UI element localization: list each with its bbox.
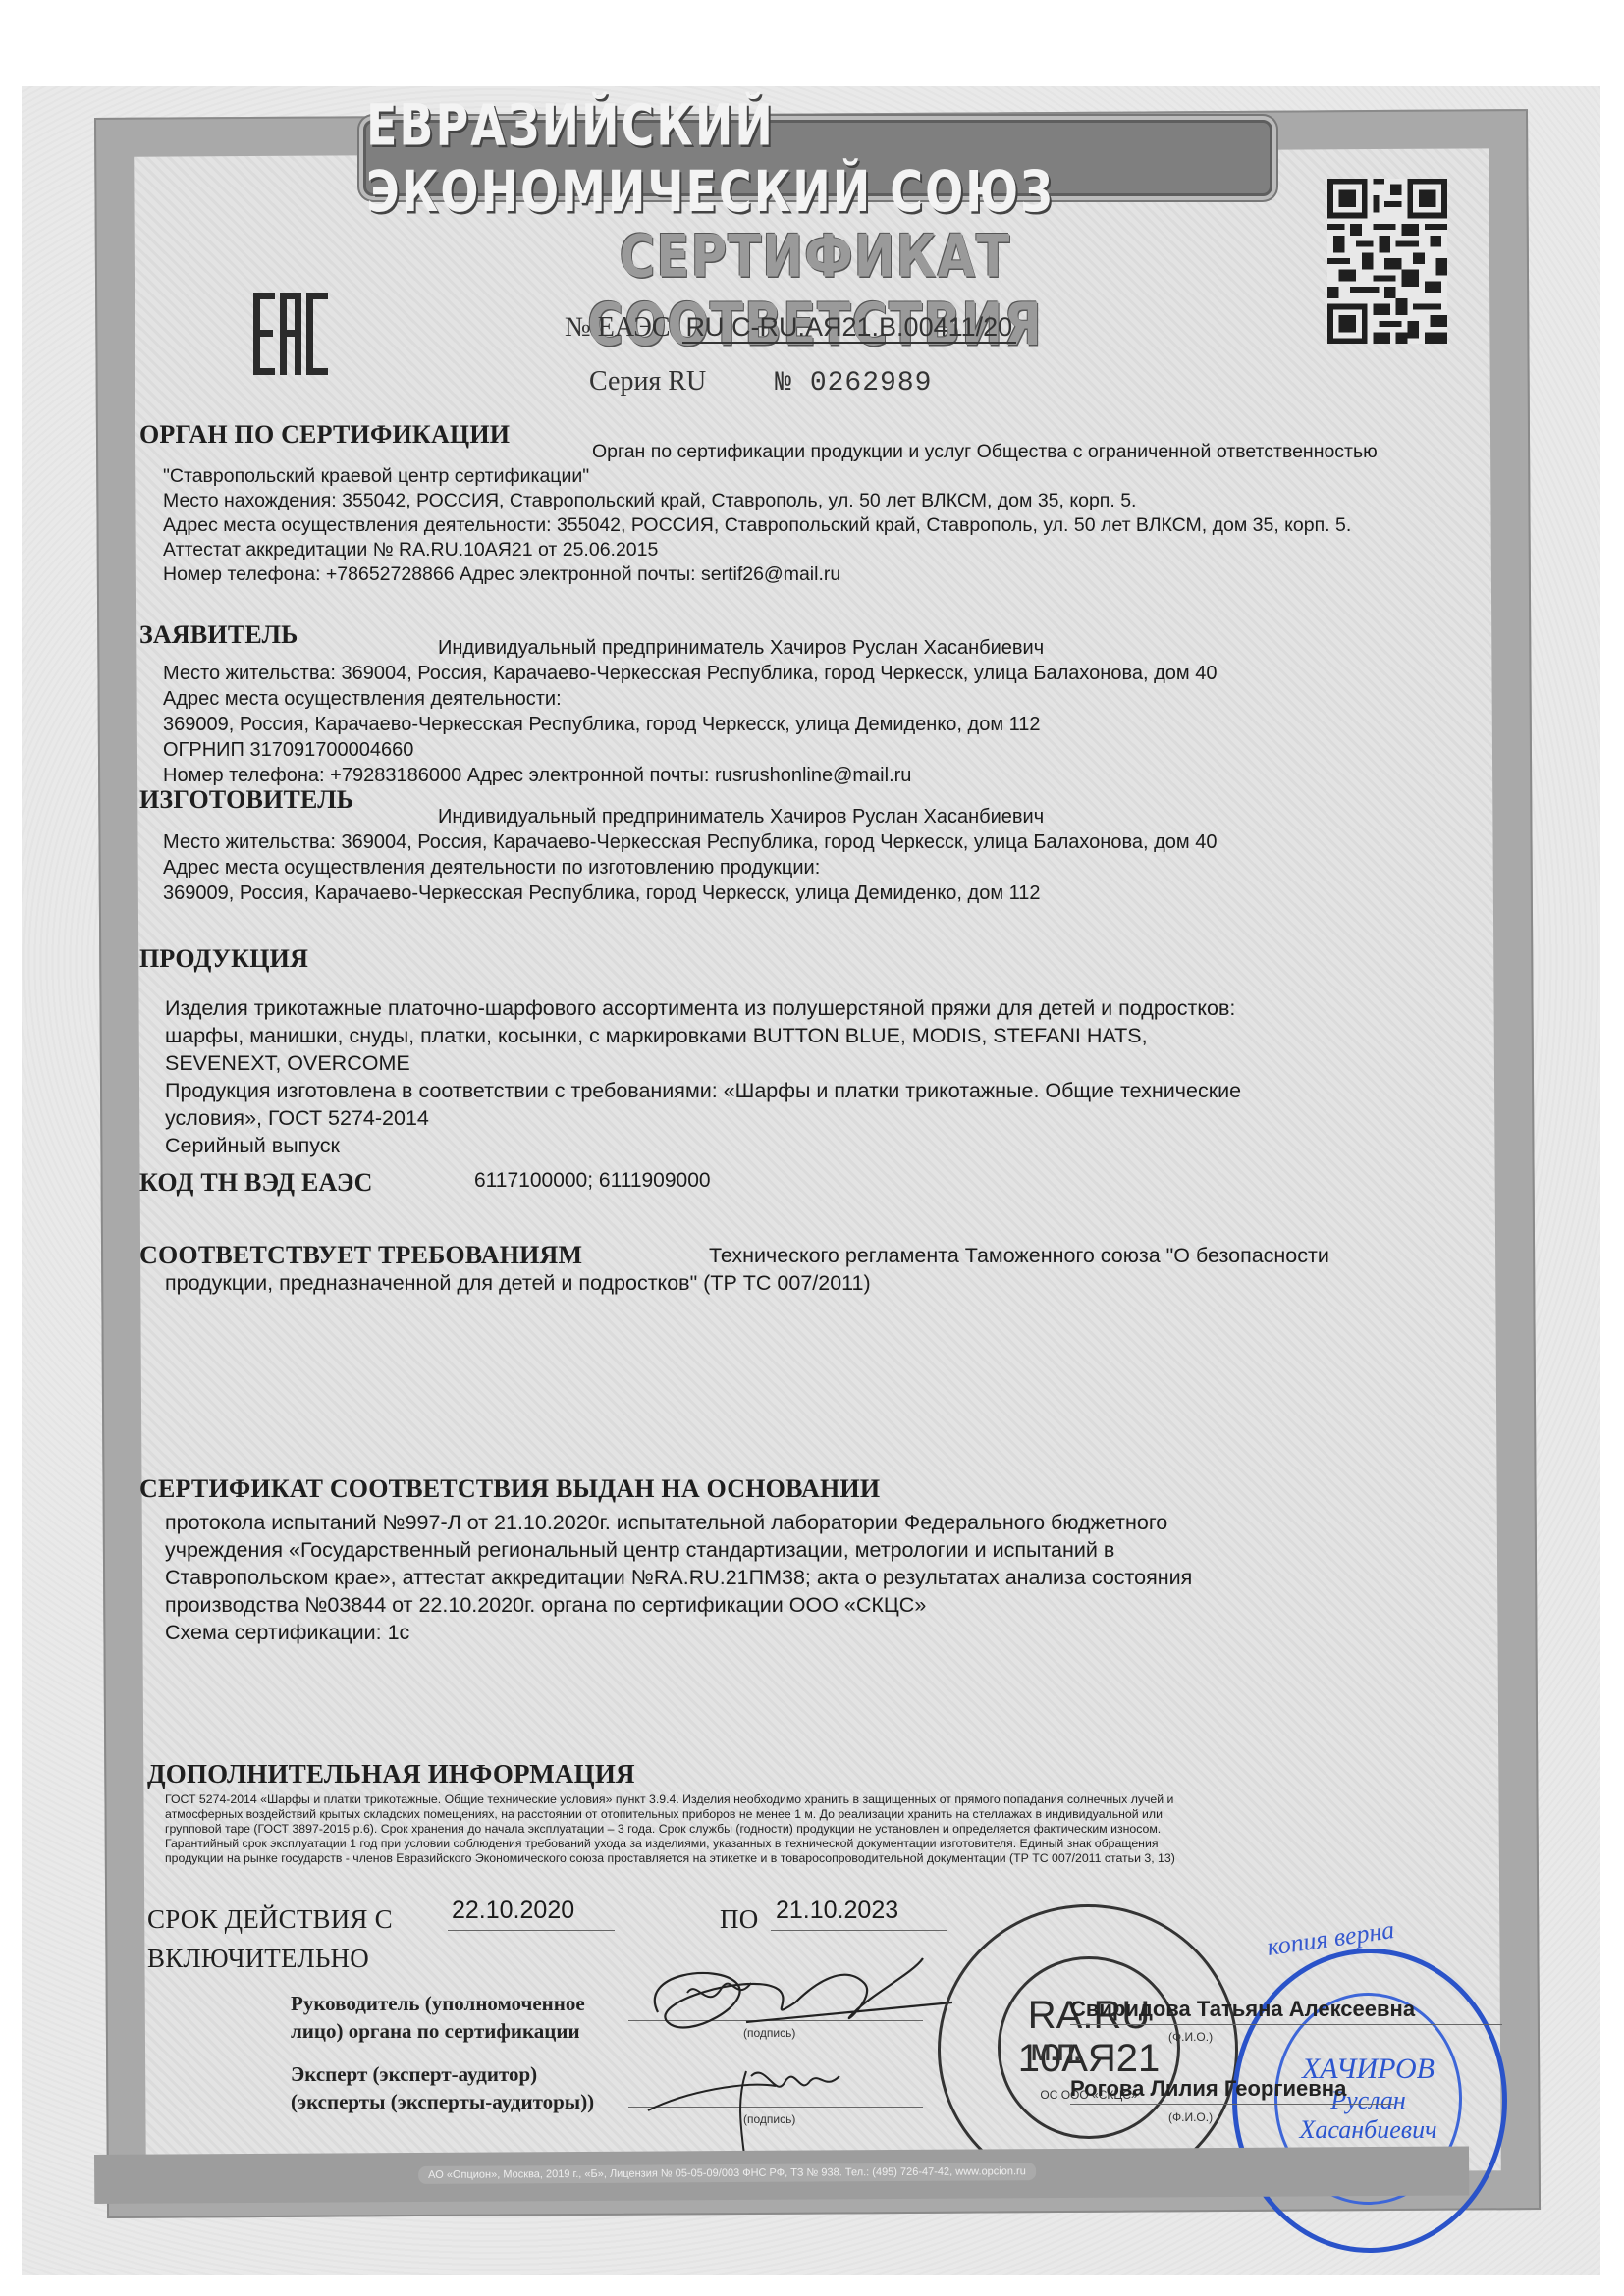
eac-mark-icon: [253, 293, 328, 375]
certification-body-line: Место нахождения: 355042, РОССИЯ, Ставро…: [163, 489, 1136, 513]
stamp-center: RA.RU 10АЯ21 ОС ООО «СКЦС»: [998, 1956, 1180, 2139]
product-line: SEVENEXT, OVERCOME: [165, 1050, 410, 1078]
head-label: Руководитель (уполномоченное: [291, 1991, 585, 2017]
manufacturer-line: Адрес места осуществления деятельности п…: [163, 856, 820, 881]
section-heading-conformity: СООТВЕТСТВУЕТ ТРЕБОВАНИЯМ: [139, 1241, 582, 1270]
manufacturer-line: Место жительства: 369004, Россия, Карача…: [163, 830, 1217, 855]
qr-code-icon: [1327, 177, 1447, 346]
validity-date-from: 22.10.2020: [452, 1898, 574, 1923]
product-line: шарфы, манишки, снуды, платки, косынки, …: [165, 1023, 1148, 1050]
certification-body-line: Адрес места осуществления деятельности: …: [163, 513, 1351, 538]
stamp-text: Хасанбиевич: [1300, 2115, 1437, 2145]
certificate-number-value: RU C-RU.АЯ21.В.00411/20: [682, 312, 1017, 344]
certificate-number-label: № ЕАЭС: [565, 312, 671, 343]
applicant-line: ОГРНИП 317091700004660: [163, 738, 413, 763]
certificate-number: № ЕАЭСRU C-RU.АЯ21.В.00411/20: [565, 312, 1016, 344]
applicant-line: Индивидуальный предприниматель Хачиров Р…: [438, 636, 1044, 661]
basis-line: Схема сертификации: 1с: [165, 1620, 409, 1647]
printer-info: АО «Опцион», Москва, 2019 г., «Б», Лицен…: [418, 2163, 1036, 2184]
basis-line: производства №03844 от 22.10.2020г. орга…: [165, 1592, 926, 1620]
section-heading-applicant: ЗАЯВИТЕЛЬ: [139, 620, 298, 650]
series-label: Серия RU: [589, 366, 706, 397]
validity-from-label: СРОК ДЕЙСТВИЯ С: [147, 1904, 393, 1935]
product-line: условия», ГОСТ 5274-2014: [165, 1105, 429, 1133]
section-heading-certification-body: ОРГАН ПО СЕРТИФИКАЦИИ: [139, 420, 510, 450]
series-number: № 0262989: [775, 368, 932, 399]
certification-body-line: Аттестат аккредитации № RA.RU.10АЯ21 от …: [163, 538, 658, 562]
conformity-line: Технического регламента Таможенного союз…: [709, 1243, 1329, 1270]
eac-logo-icon: [253, 293, 328, 375]
additional-line: Гарантийный срок эксплуатации 1 год при …: [165, 1837, 1158, 1852]
section-heading-manufacturer: ИЗГОТОВИТЕЛЬ: [139, 785, 353, 815]
conformity-line: продукции, предназначенной для детей и п…: [165, 1270, 871, 1298]
seal-placeholder: М.П.: [1031, 2040, 1081, 2067]
expert-label: (эксперты (эксперты-аудиторы)): [291, 2089, 594, 2115]
product-line: Изделия трикотажные платочно-шарфового а…: [165, 995, 1235, 1023]
certificate-series: Серия RU№ 0262989: [589, 366, 932, 399]
validity-from-underline: [448, 1930, 615, 1931]
certification-body-line: Номер телефона: +78652728866 Адрес элект…: [163, 562, 840, 587]
basis-line: протокола испытаний №997-Л от 21.10.2020…: [165, 1510, 1167, 1537]
expert-label: Эксперт (эксперт-аудитор): [291, 2061, 537, 2088]
manufacturer-line: 369009, Россия, Карачаево-Черкесская Рес…: [163, 881, 1041, 906]
expert-name-line: [1070, 2104, 1394, 2105]
validity-to-underline: [771, 1930, 947, 1931]
section-heading-basis: СЕРТИФИКАТ СООТВЕТСТВИЯ ВЫДАН НА ОСНОВАН…: [139, 1474, 880, 1504]
head-signature-icon: [628, 1953, 952, 2061]
additional-line: продукции на рынке государств - членов Е…: [165, 1851, 1175, 1867]
section-heading-tn-ved: КОД ТН ВЭД ЕАЭС: [139, 1168, 373, 1198]
validity-date-to: 21.10.2023: [776, 1898, 898, 1923]
basis-line: учреждения «Государственный региональный…: [165, 1537, 1114, 1565]
head-label: лицо) органа по сертификации: [291, 2018, 580, 2045]
expert-signature-icon: [628, 2052, 923, 2160]
applicant-line: Место жительства: 369004, Россия, Карача…: [163, 662, 1217, 686]
expert-name: Рогова Лилия Георгиевна: [1070, 2076, 1346, 2101]
additional-line: атмосферных воздействий крытых складских…: [165, 1807, 1163, 1823]
additional-line: ГОСТ 5274-2014 «Шарфы и платки трикотажн…: [165, 1792, 1173, 1808]
applicant-line: Адрес места осуществления деятельности:: [163, 687, 562, 712]
union-banner-text: ЕВРАЗИЙСКИЙ ЭКОНОМИЧЕСКИЙ СОЮЗ: [366, 92, 1270, 225]
tn-ved-codes: 6117100000; 6111909000: [474, 1168, 711, 1193]
head-name-line: [1070, 2024, 1502, 2025]
union-banner: ЕВРАЗИЙСКИЙ ЭКОНОМИЧЕСКИЙ СОЮЗ: [363, 120, 1272, 196]
expert-name-caption: (Ф.И.О.): [1168, 2110, 1213, 2124]
basis-line: Ставропольском крае», аттестат аккредита…: [165, 1565, 1192, 1592]
section-heading-product: ПРОДУКЦИЯ: [139, 944, 308, 974]
applicant-line: 369009, Россия, Карачаево-Черкесская Рес…: [163, 713, 1041, 737]
head-name: Свиридова Татьяна Алексеевна: [1070, 1997, 1415, 2021]
head-name-caption: (Ф.И.О.): [1168, 2030, 1213, 2044]
product-line: Продукция изготовлена в соответствии с т…: [165, 1078, 1241, 1105]
manufacturer-line: Индивидуальный предприниматель Хачиров Р…: [438, 805, 1044, 829]
validity-inclusive: ВКЛЮЧИТЕЛЬНО: [147, 1944, 369, 1974]
product-line: Серийный выпуск: [165, 1133, 340, 1160]
applicant-stamp: ХАЧИРОВ Руслан Хасанбиевич: [1232, 1949, 1507, 2253]
section-heading-additional: ДОПОЛНИТЕЛЬНАЯ ИНФОРМАЦИЯ: [147, 1759, 635, 1789]
certification-body-line: Орган по сертификации продукции и услуг …: [592, 440, 1378, 464]
validity-to-label: ПО: [720, 1904, 758, 1935]
additional-line: групповой таре (ГОСТ 3897-2015 р.6). Сро…: [165, 1822, 1161, 1838]
certification-body-line: "Ставропольский краевой центр сертификац…: [163, 464, 589, 489]
footer-strip: АО «Опцион», Москва, 2019 г., «Б», Лицен…: [94, 2146, 1469, 2204]
certificate-content: ЕВРАЗИЙСКИЙ ЭКОНОМИЧЕСКИЙ СОЮЗ СЕРТИФИКА…: [0, 0, 1624, 2296]
